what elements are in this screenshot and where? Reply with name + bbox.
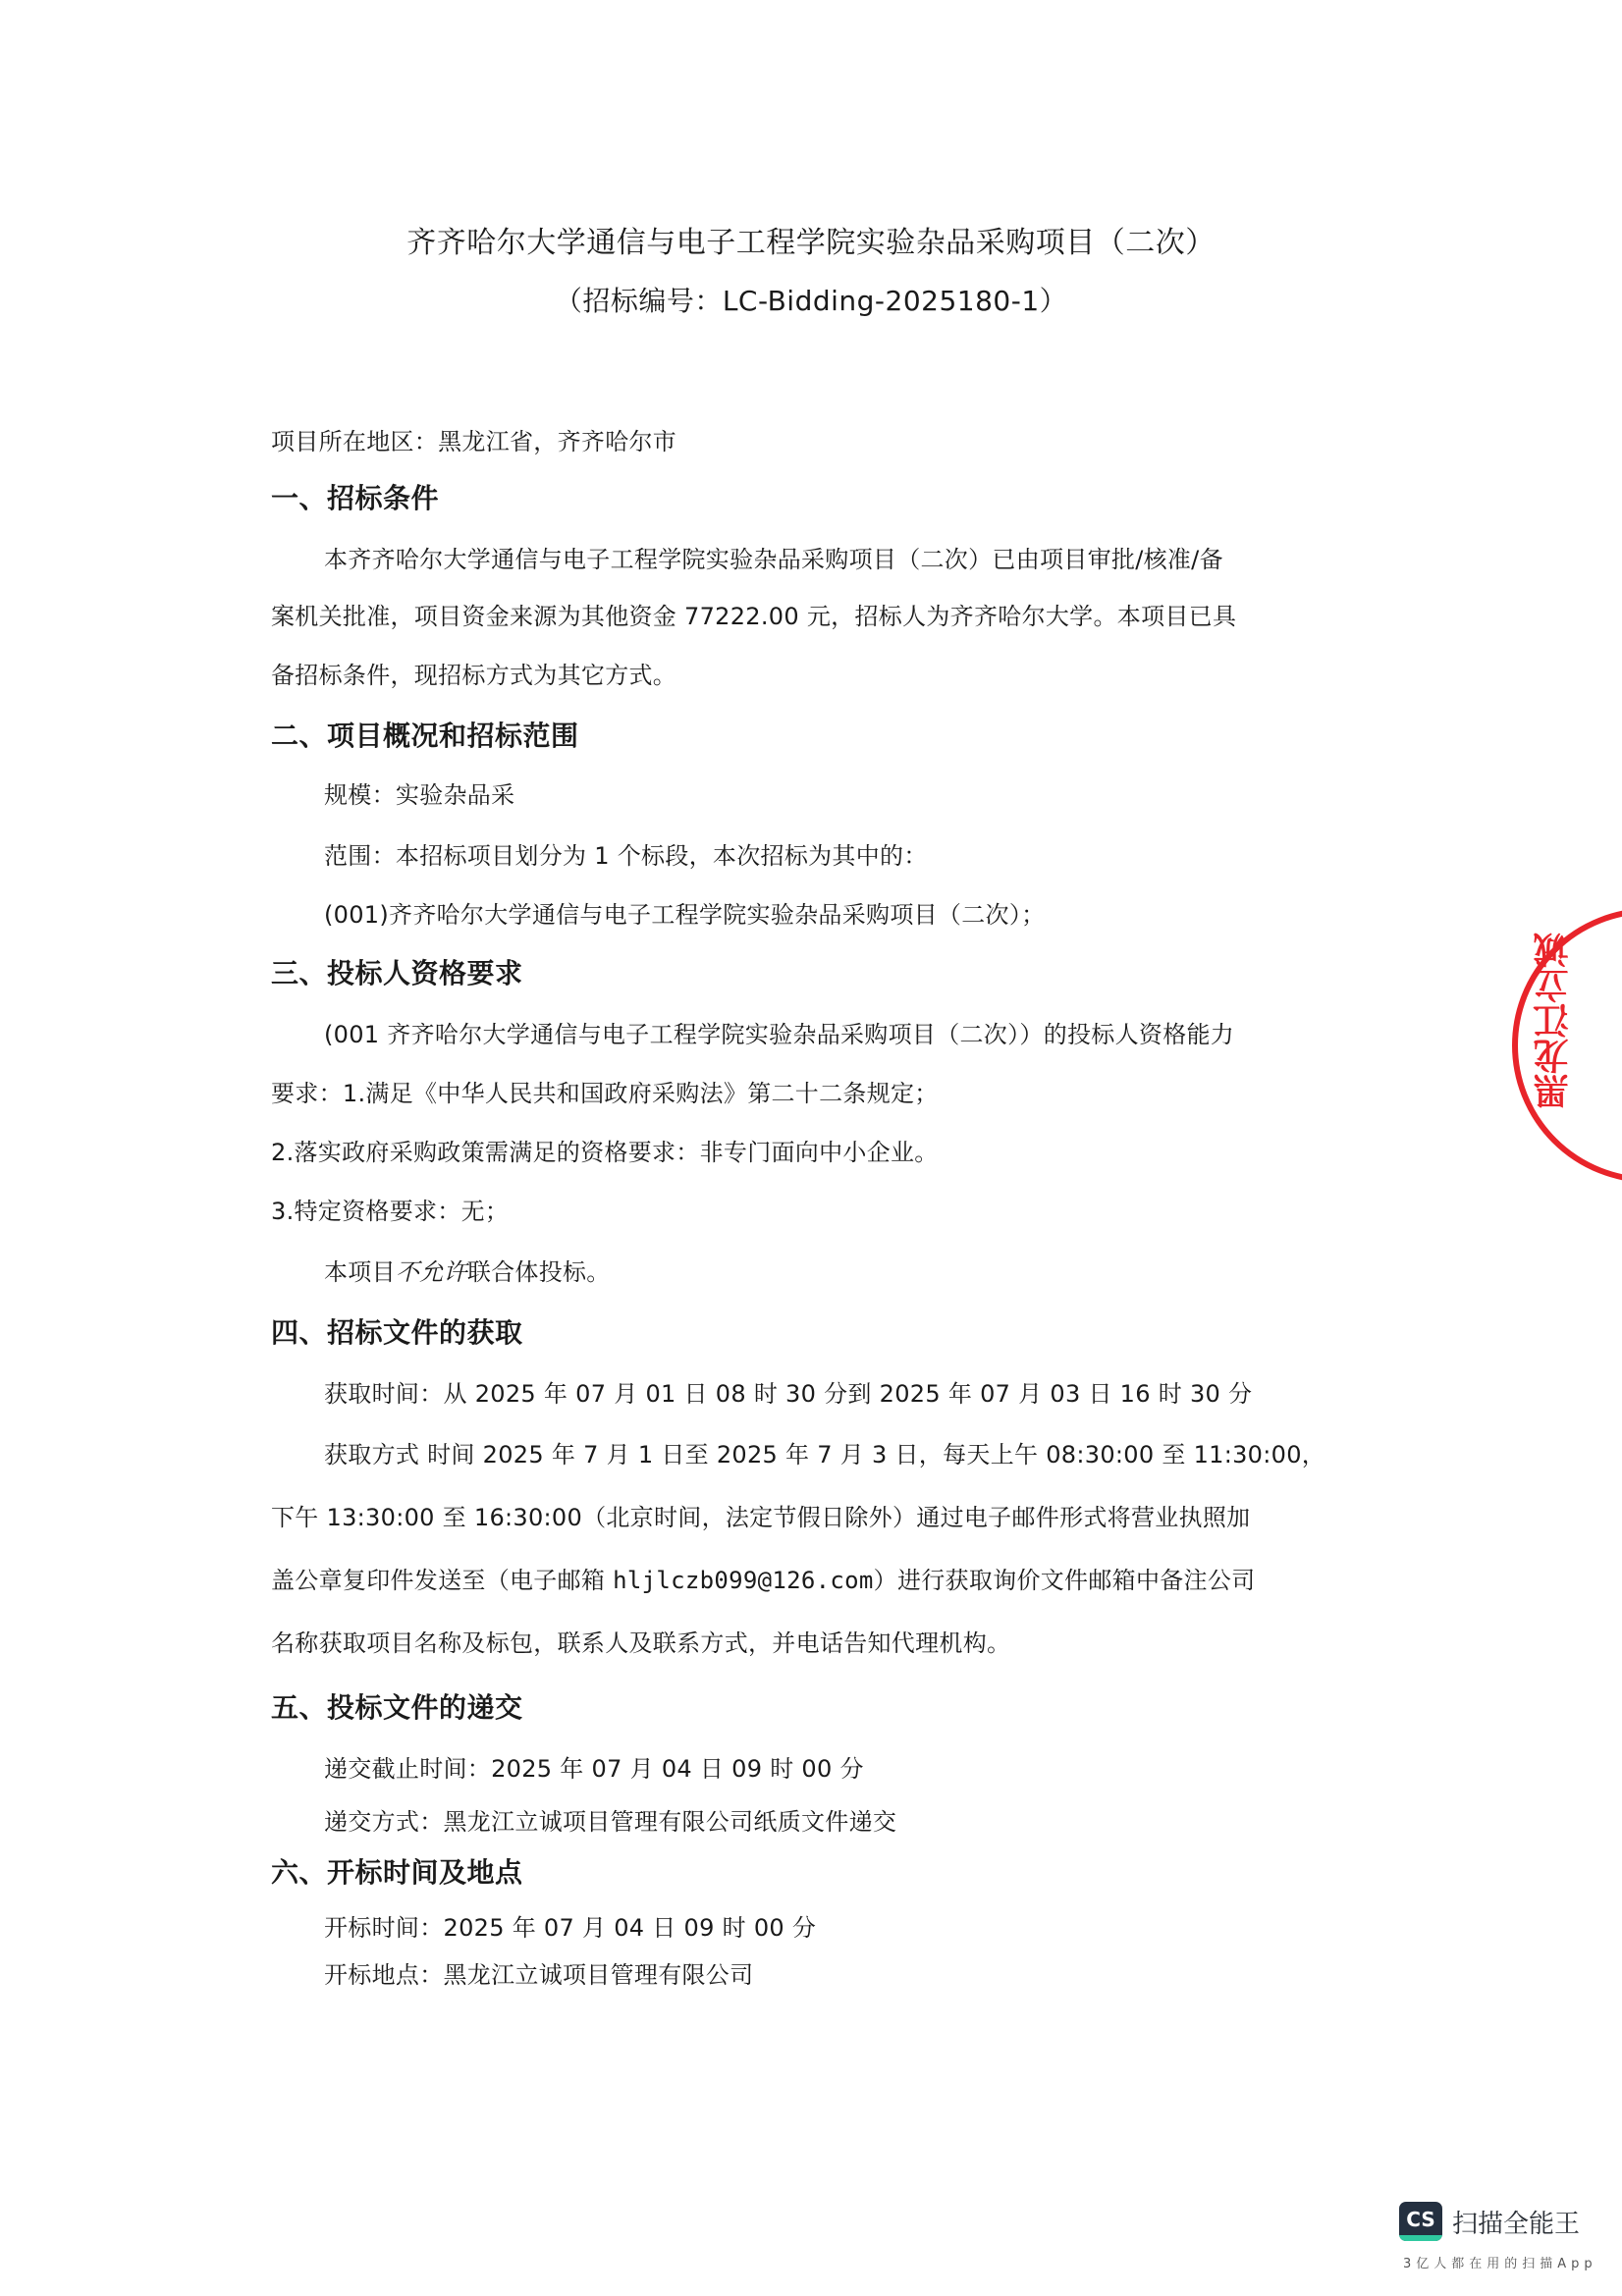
section-2-line: 范围：本招标项目划分为 1 个标段，本次招标为其中的： — [324, 836, 928, 871]
section-1-line: 备招标条件，现招标方式为其它方式。 — [271, 656, 676, 690]
section-4-line: 下午 13:30:00 至 16:30:00（北京时间，法定节假日除外）通过电子… — [271, 1498, 1250, 1532]
consortium-emphasis: 不允许 — [396, 1258, 467, 1286]
section-3-line: 2.落实政府采购政策需满足的资格要求：非专门面向中小企业。 — [271, 1133, 939, 1167]
section-2-line: 规模：实验杂品采 — [324, 775, 514, 810]
bid-number: （招标编号：LC-Bidding-2025180-1） — [0, 280, 1622, 319]
section-4-line: 获取时间：从 2025 年 07 月 01 日 08 时 30 分到 2025 … — [324, 1374, 1252, 1409]
consortium-statement: 本项目不允许联合体投标。 — [324, 1253, 611, 1287]
section-4-line: 获取方式 时间 2025 年 7 月 1 日至 2025 年 7 月 3 日，每… — [324, 1435, 1325, 1469]
section-2-line: (001)齐齐哈尔大学通信与电子工程学院实验杂品采购项目（二次）； — [324, 895, 1045, 930]
consortium-suffix: 联合体投标。 — [467, 1258, 611, 1286]
email-prefix: 盖公章复印件发送至（电子邮箱 — [271, 1567, 613, 1594]
official-seal-text: 黑龙江立诚 — [1528, 933, 1567, 1109]
section-3-line: 3.特定资格要求：无； — [271, 1192, 509, 1226]
section-4-line: 名称获取项目名称及标包，联系人及联系方式，并电话告知代理机构。 — [271, 1624, 1010, 1658]
consortium-prefix: 本项目 — [324, 1258, 396, 1286]
section-heading-submission: 五、投标文件的递交 — [271, 1686, 523, 1726]
opening-location: 开标地点：黑龙江立诚项目管理有限公司 — [324, 1955, 753, 1990]
watermark-tagline: 3亿人都在用的扫描App — [1403, 2253, 1597, 2271]
opening-time: 开标时间：2025 年 07 月 04 日 09 时 00 分 — [324, 1908, 816, 1943]
section-heading-opening: 六、开标时间及地点 — [271, 1851, 523, 1891]
document-title: 齐齐哈尔大学通信与电子工程学院实验杂品采购项目（二次） — [0, 218, 1622, 261]
section-3-line: (001 齐齐哈尔大学通信与电子工程学院实验杂品采购项目（二次））的投标人资格能… — [324, 1015, 1234, 1049]
camscanner-logo-icon: CS — [1399, 2202, 1442, 2241]
section-heading-bidder-qualifications: 三、投标人资格要求 — [271, 952, 523, 991]
section-3-line: 要求：1.满足《中华人民共和国政府采购法》第二十二条规定； — [271, 1074, 939, 1108]
project-region: 项目所在地区：黑龙江省，齐齐哈尔市 — [271, 422, 676, 456]
email-address[interactable]: hljlczb099@126.com — [613, 1567, 874, 1594]
submission-deadline: 递交截止时间：2025 年 07 月 04 日 09 时 00 分 — [324, 1749, 864, 1784]
watermark-app-name: 扫描全能王 — [1452, 2204, 1580, 2240]
section-1-line: 案机关批准，项目资金来源为其他资金 77222.00 元，招标人为齐齐哈尔大学。… — [271, 597, 1236, 631]
email-line: 盖公章复印件发送至（电子邮箱 hljlczb099@126.com）进行获取询价… — [271, 1561, 1255, 1595]
section-heading-bidding-conditions: 一、招标条件 — [271, 477, 439, 516]
submission-method: 递交方式：黑龙江立诚项目管理有限公司纸质文件递交 — [324, 1802, 896, 1837]
email-suffix: ）进行获取询价文件邮箱中备注公司 — [874, 1567, 1256, 1594]
section-heading-overview-scope: 二、项目概况和招标范围 — [271, 715, 579, 754]
section-heading-obtain-documents: 四、招标文件的获取 — [271, 1311, 523, 1351]
section-1-line: 本齐齐哈尔大学通信与电子工程学院实验杂品采购项目（二次）已由项目审批/核准/备 — [324, 540, 1223, 574]
